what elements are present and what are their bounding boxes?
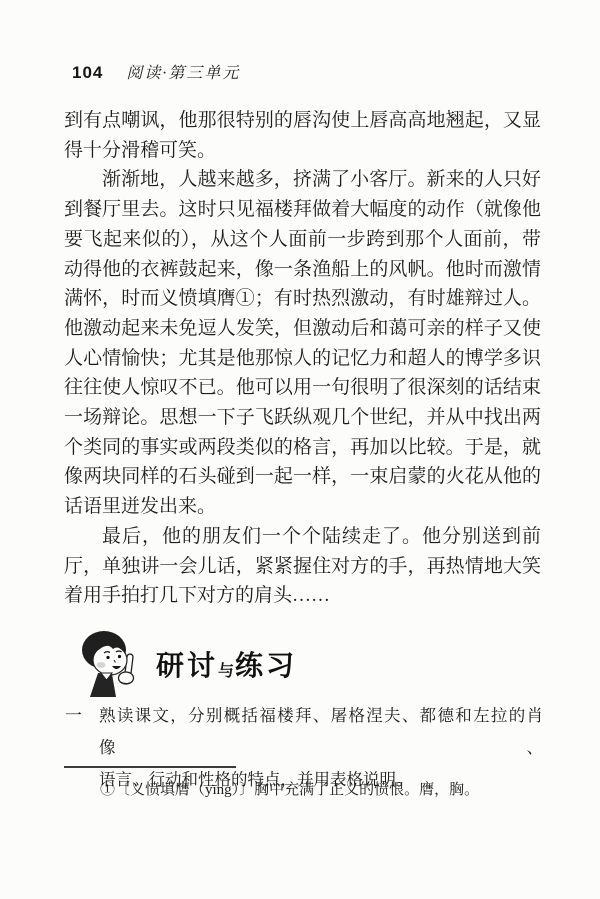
- textbook-page: 104 阅读·第三单元 到有点嘲讽，他那很特别的唇沟使上唇高高地翘起，又显得十分…: [0, 0, 600, 899]
- paragraph: 渐渐地，人越来越多，挤满了小客厅。新来的人只好到餐厅里去。这时只见福楼拜做着大幅…: [64, 165, 541, 521]
- body-text-line: 像两块同样的石头碰到一起一样，一束启蒙的火花从他的: [64, 462, 541, 492]
- body-text-line: 话语里迸发出来。: [64, 492, 541, 522]
- exercise-item-marker: 一: [65, 700, 82, 732]
- paragraph: 最后，他的朋友们一个个陆续走了。他分别送到前厅，单独讲一会儿话，紧紧握住对方的手…: [64, 522, 541, 611]
- body-text-line: 渐渐地，人越来越多，挤满了小客厅。新来的人只好: [64, 165, 541, 195]
- body-text-line: 着用手拍打几下对方的肩头……: [64, 581, 541, 611]
- exercise-section-title: 研讨与练习: [156, 644, 297, 684]
- body-text-line: 要飞起来似的），从这个人面前一步跨到那个人面前，带: [64, 225, 541, 255]
- body-text-line: 个类同的事实或两段类似的格言，再加以比较。于是，就: [64, 433, 541, 463]
- header-section-title: 阅读·第三单元: [126, 60, 240, 83]
- body-text-line: 他激动起来未免逗人发笑，但激动后和蔼可亲的样子又使: [64, 314, 541, 344]
- body-text-line: 满怀，时而义愤填膺①；有时热烈激动，有时雄辩过人。: [64, 284, 541, 314]
- body-text: 到有点嘲讽，他那很特别的唇沟使上唇高高地翘起，又显得十分滑稽可笑。渐渐地，人越来…: [64, 106, 541, 611]
- body-text-line: 到餐厅里去。这时只见福楼拜做着大幅度的动作（就像他: [64, 195, 541, 225]
- boy-pointing-icon: [74, 628, 150, 700]
- page-number: 104: [72, 63, 103, 83]
- body-text-line: 到有点嘲讽，他那很特别的唇沟使上唇高高地翘起，又显: [64, 106, 541, 136]
- footnote-text: ①〔义愤填膺（yīng）〕胸中充满了正义的愤恨。膺，胸。: [100, 782, 479, 798]
- footnote: ①〔义愤填膺（yīng）〕胸中充满了正义的愤恨。膺，胸。: [100, 779, 544, 802]
- title-part-tail: 练习: [235, 650, 297, 681]
- title-part-connector: 与: [218, 663, 235, 680]
- body-text-line: 往往使人惊叹不已。他可以用一句很明了很深刻的话结束: [64, 373, 541, 403]
- body-text-line: 得十分滑稽可笑。: [64, 136, 541, 166]
- exercise-section-header: 研讨与练习: [74, 628, 297, 700]
- body-text-line: 厅，单独讲一会儿话，紧紧握住对方的手，再热情地大笑: [64, 552, 541, 582]
- paragraph: 到有点嘲讽，他那很特别的唇沟使上唇高高地翘起，又显得十分滑稽可笑。: [64, 106, 541, 165]
- body-text-line: 人心情愉快；尤其是他那惊人的记忆力和超人的博学多识: [64, 344, 541, 374]
- body-text-line: 最后，他的朋友们一个个陆续走了。他分别送到前: [64, 522, 541, 552]
- exercise-text-line: 熟读课文，分别概括福楼拜、屠格涅夫、都德和左拉的肖像、: [99, 700, 543, 764]
- page-header: 104 阅读·第三单元: [72, 60, 240, 83]
- body-text-line: 动得他的衣裤鼓起来，像一条渔船上的风帆。他时而激情: [64, 255, 541, 285]
- title-part-main: 研讨: [156, 650, 218, 681]
- footnote-separator: [64, 766, 236, 768]
- body-text-line: 一场辩论。思想一下子飞跃纵观几个世纪，并从中找出两: [64, 403, 541, 433]
